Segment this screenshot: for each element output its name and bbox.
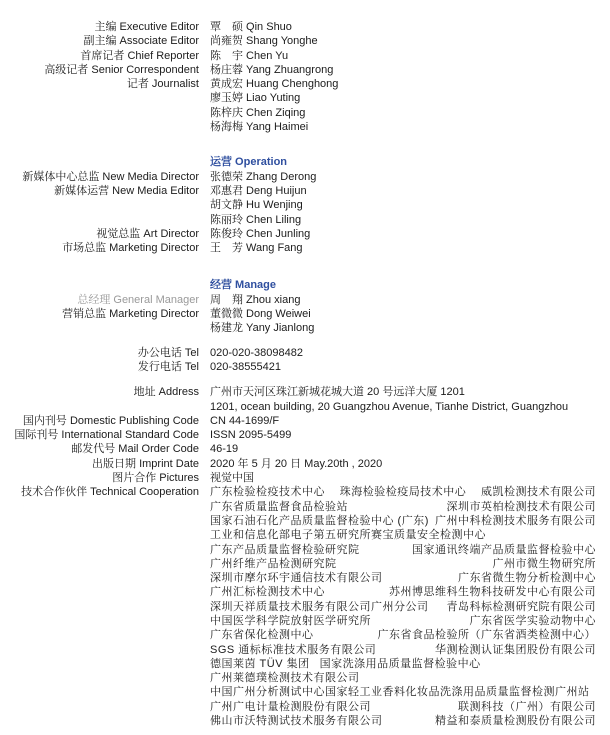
publication-label: 地址 Address — [0, 385, 210, 399]
partner-name: 深圳天祥质量技术服务有限公司广州分公司 — [210, 600, 429, 614]
partner-name: 中国广州分析测试中心国家轻工业香料化妆品洗涤用品质量监督检测广州站 — [210, 685, 590, 699]
publication-label: 国内刊号 Domestic Publishing Code — [0, 414, 210, 428]
partner-row-items: 广东省保化检测中心广东省食品检验所（广东省酒类检测中心） — [210, 628, 596, 642]
partner-row: 广东省质量监督食品检验站深圳市英柏检测技术有限公司 — [0, 500, 596, 514]
editorial-label: 高级记者 Senior Correspondent — [0, 63, 210, 77]
partner-row-items: 广州莱德璞检测技术有限公司 — [210, 671, 596, 685]
partner-row: 工业和信息化部电子第五研究所赛宝质量安全检测中心 — [0, 528, 596, 542]
operation-row: 市场总监 Marketing Director王 芳 Wang Fang — [0, 241, 596, 255]
contact-section: 办公电话 Tel020-020-38098482发行电话 Tel020-3855… — [0, 346, 596, 375]
publication-section: 地址 Address广州市天河区珠江新城花城大道 20 号远洋大厦 120112… — [0, 385, 596, 485]
operation-row: 视觉总监 Art Director陈俊玲 Chen Junling — [0, 227, 596, 241]
partner-name: 广州广电计量检测股份有限公司 — [210, 700, 371, 714]
partner-row: 技术合作伙伴 Technical Cooperation广东检验检疫技术中心珠海… — [0, 485, 596, 499]
operation-label: 市场总监 Marketing Director — [0, 241, 210, 255]
partner-row-items: 广州纤维产品检测研究院广州市微生物研究所 — [210, 557, 596, 571]
editorial-staff-section: 主编 Executive Editor覃 硕 Qin Shuo副主编 Assoc… — [0, 20, 596, 134]
partner-row: 广东产品质量监督检验研究院国家通讯终端产品质量监督检验中心 — [0, 543, 596, 557]
partner-row: 广东省保化检测中心广东省食品检验所（广东省酒类检测中心） — [0, 628, 596, 642]
partner-row: 广州纤维产品检测研究院广州市微生物研究所 — [0, 557, 596, 571]
partner-row-items: 广州广电计量检测股份有限公司联测科技（广州）有限公司 — [210, 700, 596, 714]
publication-value: 2020 年 5 月 20 日 May.20th , 2020 — [210, 457, 596, 471]
operation-row: 新媒体运营 New Media Editor邓惠君 Deng Huijun — [0, 184, 596, 198]
editorial-row: 陈梓庆 Chen Ziqing — [0, 106, 596, 120]
partner-name: 中国医学科学院放射医学研究所 — [210, 614, 371, 628]
contact-value: 020-38555421 — [210, 360, 596, 374]
partner-row: 中国医学科学院放射医学研究所广东省医学实验动物中心 — [0, 614, 596, 628]
publication-row: 1201, ocean building, 20 Guangzhou Avenu… — [0, 400, 596, 414]
publication-row: 地址 Address广州市天河区珠江新城花城大道 20 号远洋大厦 1201 — [0, 385, 596, 399]
manage-value: 董微微 Dong Weiwei — [210, 307, 596, 321]
partner-name: 广东省质量监督食品检验站 — [210, 500, 348, 514]
operation-row: 新媒体中心总监 New Media Director张德荣 Zhang Dero… — [0, 170, 596, 184]
partner-row-items: 广东检验检疫技术中心珠海检验检疫局技术中心威凯检测技术有限公司 — [210, 485, 596, 499]
editorial-value: 陈梓庆 Chen Ziqing — [210, 106, 596, 120]
editorial-value: 廖玉婷 Liao Yuting — [210, 91, 596, 105]
publication-label: 图片合作 Pictures — [0, 471, 210, 485]
operation-section-header: 运营 Operation — [0, 155, 596, 169]
partner-row-items: 广东产品质量监督检验研究院国家通讯终端产品质量监督检验中心 — [210, 543, 596, 557]
operation-label: 视觉总监 Art Director — [0, 227, 210, 241]
partner-row: 佛山市沃特测试技术服务有限公司精益和泰质量检测股份有限公司 — [0, 714, 596, 728]
partner-name: 广州汇标检测技术中心 — [210, 585, 325, 599]
partner-row: 深圳市摩尔环宇通信技术有限公司广东省微生物分析检测中心 — [0, 571, 596, 585]
editorial-row: 廖玉婷 Liao Yuting — [0, 91, 596, 105]
publication-label: 邮发代号 Mail Order Code — [0, 442, 210, 456]
partner-name: 广州中科检测技术服务有限公司 — [435, 514, 596, 528]
manage-row: 杨建龙 Yany Jianlong — [0, 321, 596, 335]
operation-label: 新媒体运营 New Media Editor — [0, 184, 210, 198]
publication-row: 出版日期 Imprint Date2020 年 5 月 20 日 May.20t… — [0, 457, 596, 471]
publication-row: 国际刊号 International Standard CodeISSN 209… — [0, 428, 596, 442]
publication-label: 国际刊号 International Standard Code — [0, 428, 210, 442]
contact-label: 发行电话 Tel — [0, 360, 210, 374]
editorial-row: 首席记者 Chief Reporter陈 宇 Chen Yu — [0, 49, 596, 63]
partners-label: 技术合作伙伴 Technical Cooperation — [0, 485, 210, 499]
partner-name: 广东省医学实验动物中心 — [470, 614, 597, 628]
publication-value: CN 44-1699/F — [210, 414, 596, 428]
editorial-row: 副主编 Associate Editor尚雍贺 Shang Yonghe — [0, 34, 596, 48]
operation-value: 陈丽玲 Chen Liling — [210, 213, 596, 227]
publication-label: 出版日期 Imprint Date — [0, 457, 210, 471]
partner-row: 深圳天祥质量技术服务有限公司广州分公司青岛科标检测研究院有限公司 — [0, 600, 596, 614]
contact-value: 020-020-38098482 — [210, 346, 596, 360]
partner-row: 广州广电计量检测股份有限公司联测科技（广州）有限公司 — [0, 700, 596, 714]
manage-value: 杨建龙 Yany Jianlong — [210, 321, 596, 335]
manage-label: 营销总监 Marketing Director — [0, 307, 210, 321]
operation-rows: 新媒体中心总监 New Media Director张德荣 Zhang Dero… — [0, 170, 596, 256]
manage-row: 营销总监 Marketing Director董微微 Dong Weiwei — [0, 307, 596, 321]
partner-row-items: 德国莱茵 TÜV 集团国家洗涤用品质量监督检验中心 — [210, 657, 596, 671]
partner-name: 广州纤维产品检测研究院 — [210, 557, 337, 571]
partner-row: 德国莱茵 TÜV 集团国家洗涤用品质量监督检验中心 — [0, 657, 596, 671]
partner-name: SGS 通标标准技术服务有限公司 — [210, 643, 376, 657]
manage-value: 周 翔 Zhou xiang — [210, 293, 596, 307]
publication-value: 46-19 — [210, 442, 596, 456]
editorial-row: 记者 Journalist黄成宏 Huang Chenghong — [0, 77, 596, 91]
partner-row: SGS 通标标准技术服务有限公司华测检测认证集团股份有限公司 — [0, 643, 596, 657]
operation-value: 王 芳 Wang Fang — [210, 241, 596, 255]
partner-row-items: 深圳天祥质量技术服务有限公司广州分公司青岛科标检测研究院有限公司 — [210, 600, 596, 614]
publication-value: 广州市天河区珠江新城花城大道 20 号远洋大厦 1201 — [210, 385, 596, 399]
partner-name: 珠海检验检疫局技术中心 — [340, 485, 467, 499]
partner-name: 青岛科标检测研究院有限公司 — [447, 600, 597, 614]
editorial-value: 覃 硕 Qin Shuo — [210, 20, 596, 34]
partner-name: 国家石油石化产品质量监督检验中心 (广东) — [210, 514, 429, 528]
partner-name: 广东检验检疫技术中心 — [210, 485, 325, 499]
partner-name: 工业和信息化部电子第五研究所赛宝质量安全检测中心 — [210, 528, 486, 542]
partner-row-items: 广东省质量监督食品检验站深圳市英柏检测技术有限公司 — [210, 500, 596, 514]
partner-row-items: 中国广州分析测试中心国家轻工业香料化妆品洗涤用品质量监督检测广州站 — [210, 685, 596, 699]
publication-row: 邮发代号 Mail Order Code46-19 — [0, 442, 596, 456]
partner-name: 广州莱德璞检测技术有限公司 — [210, 671, 360, 685]
editorial-row: 主编 Executive Editor覃 硕 Qin Shuo — [0, 20, 596, 34]
manage-rows: 总经理 General Manager周 翔 Zhou xiang营销总监 Ma… — [0, 293, 596, 336]
partner-row-items: SGS 通标标准技术服务有限公司华测检测认证集团股份有限公司 — [210, 643, 596, 657]
partner-name: 国家洗涤用品质量监督检验中心 — [320, 657, 481, 671]
partner-name: 深圳市摩尔环宇通信技术有限公司 — [210, 571, 383, 585]
operation-value: 胡文静 Hu Wenjing — [210, 198, 596, 212]
editorial-label: 副主编 Associate Editor — [0, 34, 210, 48]
editorial-row: 杨海梅 Yang Haimei — [0, 120, 596, 134]
partner-name: 广东产品质量监督检验研究院 — [210, 543, 360, 557]
operation-value: 邓惠君 Deng Huijun — [210, 184, 596, 198]
partner-row: 中国广州分析测试中心国家轻工业香料化妆品洗涤用品质量监督检测广州站 — [0, 685, 596, 699]
partner-name: 广东省食品检验所（广东省酒类检测中心） — [378, 628, 597, 642]
editorial-value: 杨庄蓉 Yang Zhuangrong — [210, 63, 596, 77]
contact-row: 发行电话 Tel020-38555421 — [0, 360, 596, 374]
partner-name: 华测检测认证集团股份有限公司 — [435, 643, 596, 657]
partner-row-items: 工业和信息化部电子第五研究所赛宝质量安全检测中心 — [210, 528, 596, 542]
partner-name: 国家通讯终端产品质量监督检验中心 — [412, 543, 596, 557]
partner-row: 国家石油石化产品质量监督检验中心 (广东)广州中科检测技术服务有限公司 — [0, 514, 596, 528]
manage-label: 总经理 General Manager — [0, 293, 210, 307]
partner-row-items: 深圳市摩尔环宇通信技术有限公司广东省微生物分析检测中心 — [210, 571, 596, 585]
partner-row: 广州汇标检测技术中心苏州博思维科生物科技研发中心有限公司 — [0, 585, 596, 599]
editorial-label: 首席记者 Chief Reporter — [0, 49, 210, 63]
editorial-value: 黄成宏 Huang Chenghong — [210, 77, 596, 91]
partner-name: 深圳市英柏检测技术有限公司 — [447, 500, 597, 514]
publication-value: ISSN 2095-5499 — [210, 428, 596, 442]
publication-value: 视觉中国 — [210, 471, 596, 485]
partner-name: 苏州博思维科生物科技研发中心有限公司 — [389, 585, 596, 599]
publication-row: 国内刊号 Domestic Publishing CodeCN 44-1699/… — [0, 414, 596, 428]
partner-name: 广东省保化检测中心 — [210, 628, 314, 642]
operation-label: 新媒体中心总监 New Media Director — [0, 170, 210, 184]
editorial-value: 陈 宇 Chen Yu — [210, 49, 596, 63]
manage-row: 总经理 General Manager周 翔 Zhou xiang — [0, 293, 596, 307]
operation-value: 张德荣 Zhang Derong — [210, 170, 596, 184]
partner-name: 广东省微生物分析检测中心 — [458, 571, 596, 585]
operation-row: 胡文静 Hu Wenjing — [0, 198, 596, 212]
partner-name: 广州市微生物研究所 — [493, 557, 597, 571]
partner-name: 精益和泰质量检测股份有限公司 — [435, 714, 596, 728]
partner-row: 广州莱德璞检测技术有限公司 — [0, 671, 596, 685]
contact-label: 办公电话 Tel — [0, 346, 210, 360]
publication-row: 图片合作 Pictures视觉中国 — [0, 471, 596, 485]
partner-row-items: 中国医学科学院放射医学研究所广东省医学实验动物中心 — [210, 614, 596, 628]
partner-name: 威凯检测技术有限公司 — [481, 485, 596, 499]
technical-cooperation-section: 技术合作伙伴 Technical Cooperation广东检验检疫技术中心珠海… — [0, 485, 596, 728]
partner-row-items: 国家石油石化产品质量监督检验中心 (广东)广州中科检测技术服务有限公司 — [210, 514, 596, 528]
editorial-label: 记者 Journalist — [0, 77, 210, 91]
masthead-page: 主编 Executive Editor覃 硕 Qin Shuo副主编 Assoc… — [0, 0, 610, 728]
editorial-value: 杨海梅 Yang Haimei — [210, 120, 596, 134]
operation-row: 陈丽玲 Chen Liling — [0, 213, 596, 227]
partner-name: 佛山市沃特测试技术服务有限公司 — [210, 714, 383, 728]
operation-value: 陈俊玲 Chen Junling — [210, 227, 596, 241]
partner-row-items: 广州汇标检测技术中心苏州博思维科生物科技研发中心有限公司 — [210, 585, 596, 599]
contact-row: 办公电话 Tel020-020-38098482 — [0, 346, 596, 360]
publication-value: 1201, ocean building, 20 Guangzhou Avenu… — [210, 400, 596, 414]
manage-section-header: 经营 Manage — [0, 278, 596, 292]
editorial-row: 高级记者 Senior Correspondent杨庄蓉 Yang Zhuang… — [0, 63, 596, 77]
editorial-label: 主编 Executive Editor — [0, 20, 210, 34]
editorial-value: 尚雍贺 Shang Yonghe — [210, 34, 596, 48]
operation-section: 运营 Operation 新媒体中心总监 New Media Director张… — [0, 155, 596, 255]
manage-section: 经营 Manage 总经理 General Manager周 翔 Zhou xi… — [0, 278, 596, 335]
partner-name: 联测科技（广州）有限公司 — [458, 700, 596, 714]
partner-row-items: 佛山市沃特测试技术服务有限公司精益和泰质量检测股份有限公司 — [210, 714, 596, 728]
partner-name: 德国莱茵 TÜV 集团 — [210, 657, 310, 671]
